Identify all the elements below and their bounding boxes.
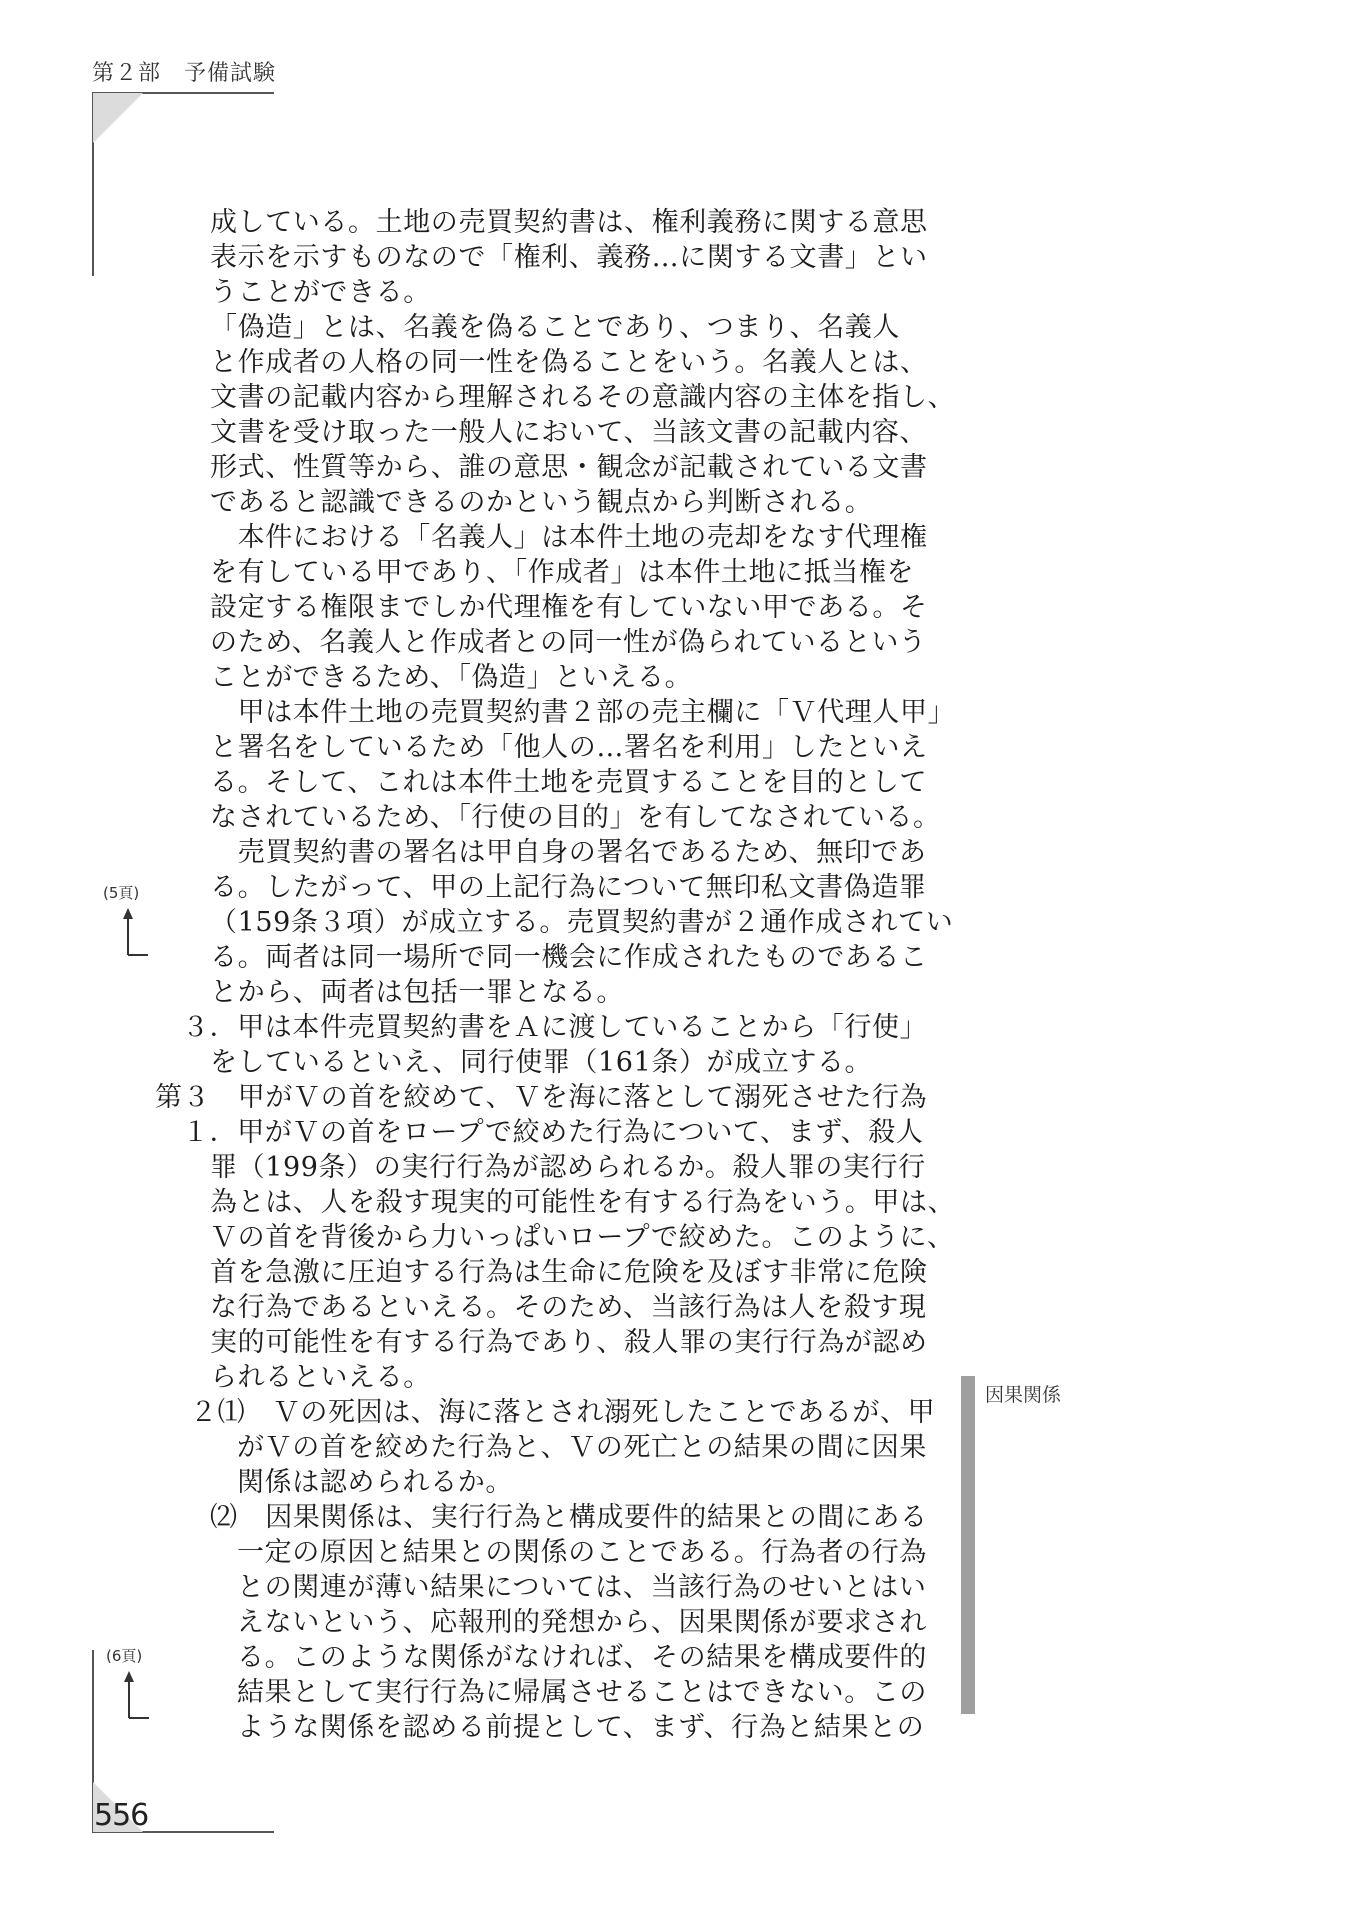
corner-triangle-top [93, 93, 143, 143]
text-line: ⑵ 因果関係は、実行行為と構成要件的結果との間にある [210, 1500, 928, 1535]
running-header: 第２部 予備試験 [92, 56, 276, 87]
text-line: 形式、性質等から、誰の意思・観念が記載されている文書 [210, 450, 928, 485]
text-line: 第３ 甲がＶの首を絞めて、Ｖを海に落として溺死させた行為 [155, 1080, 927, 1115]
text-line: ３．甲は本件売買契約書をＡに渡していることから「行使」 [182, 1010, 927, 1045]
text-line: る。このような関係がなければ、その結果を構成要件的 [237, 1640, 927, 1675]
text-line: 表示を示すものなので「権利、義務…に関する文書」とい [210, 240, 928, 275]
text-line: がＶの首を絞めた行為と、Ｖの死亡との結果の間に因果 [237, 1430, 927, 1465]
arrow-up-icon [121, 1668, 151, 1723]
text-line: る。両者は同一場所で同一機会に作成されたものであるこ [210, 940, 928, 975]
text-line: る。したがって、甲の上記行為について無印私文書偽造罪 [210, 870, 927, 905]
text-line: なされているため、「行使の目的」を有してなされている。 [210, 800, 941, 835]
text-line: 罪（199条）の実行行為が認められるか。殺人罪の実行行 [210, 1150, 926, 1185]
text-line: を有している甲であり、「作成者」は本件土地に抵当権を [210, 555, 914, 590]
text-line: うことができる。 [210, 275, 431, 310]
text-line: 文書の記載内容から理解されるその意識内容の主体を指し、 [210, 380, 955, 415]
text-line: との関連が薄い結果については、当該行為のせいとはい [237, 1570, 926, 1605]
text-line: 文書を受け取った一般人において、当該文書の記載内容、 [210, 415, 927, 450]
text-line: をしているといえ、同行使罪（161条）が成立する。 [210, 1045, 872, 1080]
text-line: とから、両者は包括一罪となる。 [210, 975, 624, 1010]
side-note-bar [961, 1376, 975, 1714]
text-line: ことができるため、「偽造」といえる。 [210, 660, 692, 695]
text-line: ２⑴ Ｖの死因は、海に落とされ溺死したことであるが、甲 [190, 1395, 935, 1430]
side-note-label: 因果関係 [985, 1380, 1061, 1407]
text-line: 本件における「名義人」は本件土地の売却をなす代理権 [210, 520, 928, 555]
page-number: 556 [94, 1798, 148, 1833]
text-line: 為とは、人を殺す現実的可能性を有する行為をいう。甲は、 [210, 1185, 955, 1220]
text-line: 「偽造」とは、名義を偽ることであり、つまり、名義人 [210, 310, 900, 345]
text-line: 設定する権限までしか代理権を有していない甲である。そ [210, 590, 928, 625]
text-line: 実的可能性を有する行為であり、殺人罪の実行行為が認め [210, 1325, 928, 1360]
text-line: （159条３項）が成立する。売買契約書が２通作成されてい [210, 905, 953, 940]
text-line: のため、名義人と作成者との同一性が偽られているという [210, 625, 927, 660]
text-line: 首を急激に圧迫する行為は生命に危険を及ぼす非常に危険 [210, 1255, 928, 1290]
text-line: 売買契約書の署名は甲自身の署名であるため、無印であ [210, 835, 927, 870]
text-line: 一定の原因と結果との関係のことである。行為者の行為 [237, 1535, 927, 1570]
text-line: 甲は本件土地の売買契約書２部の売主欄に「Ｖ代理人甲」 [210, 695, 955, 730]
text-line: であると認識できるのかという観点から判断される。 [210, 485, 872, 520]
text-line: 結果として実行行為に帰属させることはできない。この [237, 1675, 927, 1710]
text-line: と作成者の人格の同一性を偽ることをいう。名義人とは、 [210, 345, 928, 380]
margin-ref-6: (6頁) [106, 1645, 142, 1666]
margin-ref-5: (5頁) [103, 882, 139, 903]
arrow-up-icon [120, 905, 150, 960]
text-line: な行為であるといえる。そのため、当該行為は人を殺す現 [210, 1290, 927, 1325]
text-line: Ｖの首を背後から力いっぱいロープで絞めた。このように、 [210, 1220, 955, 1255]
text-line: えないという、応報刑的発想から、因果関係が要求され [237, 1605, 927, 1640]
text-line: １．甲がＶの首をロープで絞めた行為について、まず、殺人 [182, 1115, 923, 1150]
text-line: る。そして、これは本件土地を売買することを目的として [210, 765, 927, 800]
text-line: 関係は認められるか。 [237, 1465, 513, 1500]
text-line: 成している。土地の売買契約書は、権利義務に関する意思 [210, 205, 928, 240]
text-line: られるといえる。 [210, 1360, 431, 1395]
text-line: と署名をしているため「他人の…署名を利用」したといえ [210, 730, 928, 765]
text-line: ような関係を認める前提として、まず、行為と結果との [237, 1710, 924, 1745]
